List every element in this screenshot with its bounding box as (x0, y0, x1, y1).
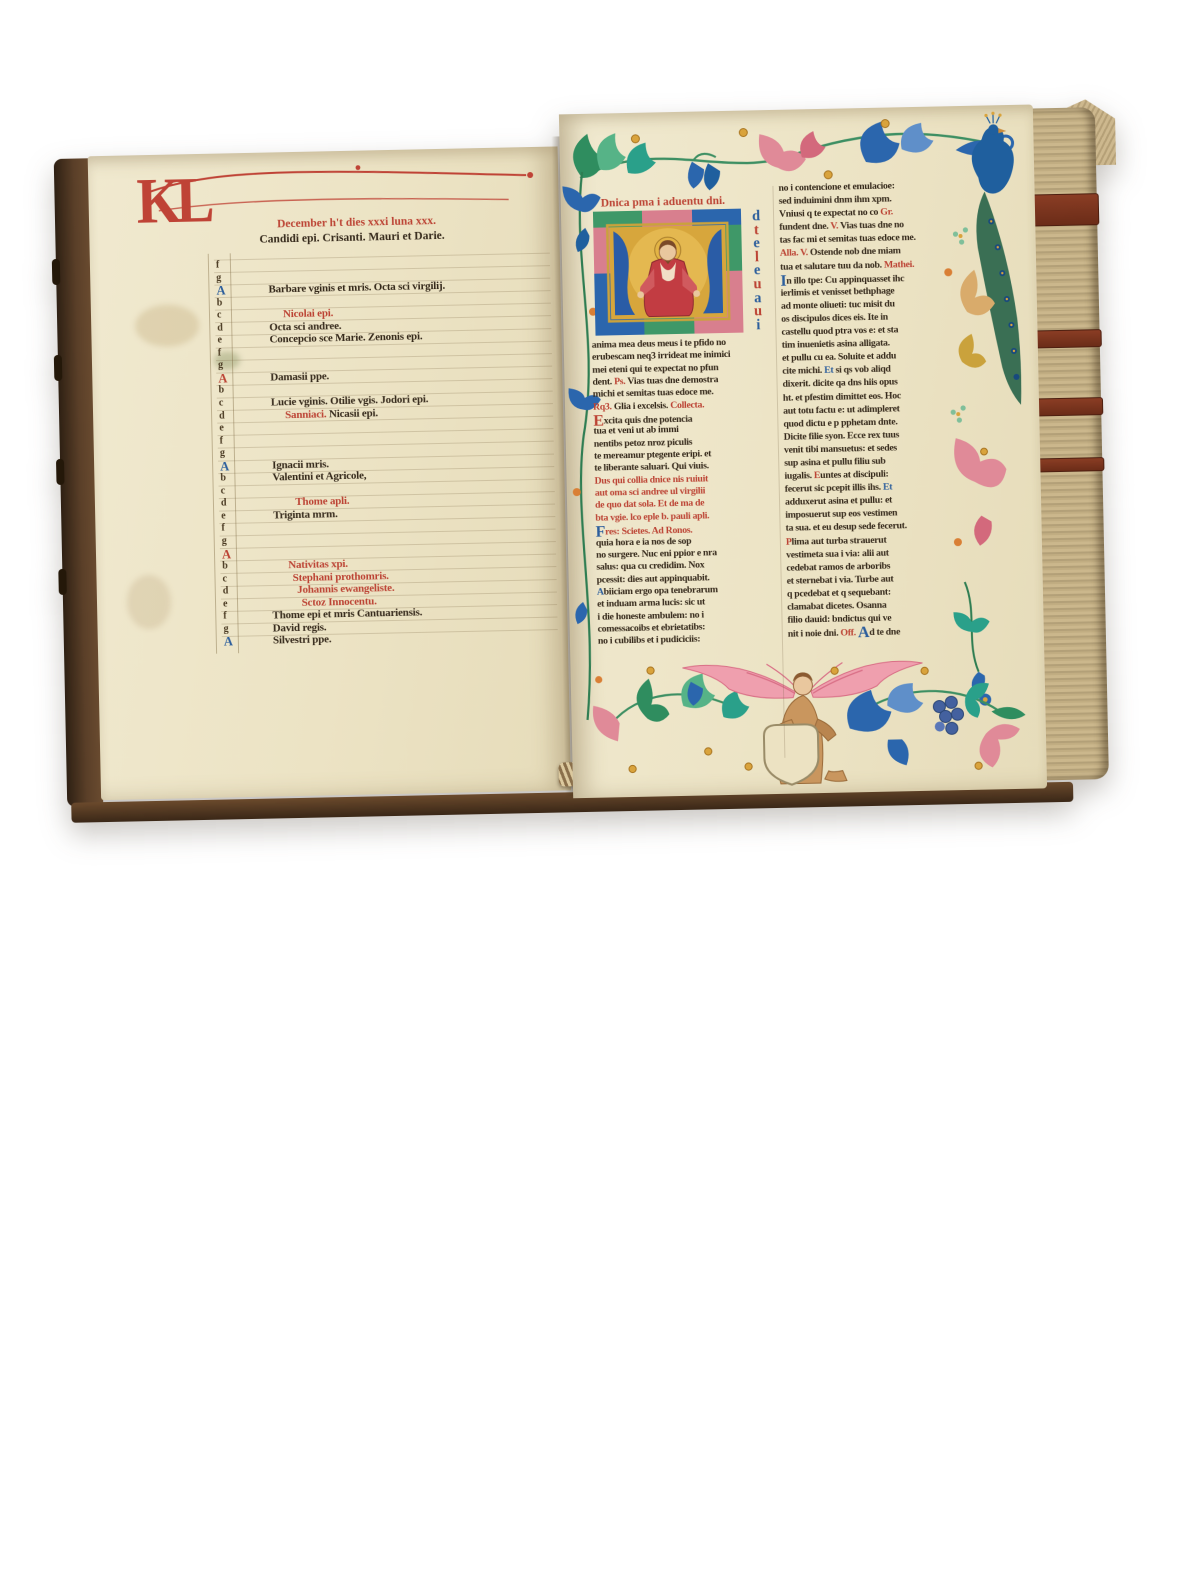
feast-entry: Thome apli. (295, 495, 349, 509)
dominical-letter: f (220, 435, 224, 448)
kl-monogram: KL (136, 162, 209, 239)
display-letter: i (749, 319, 767, 333)
adtelevavi-letters: dteleuaui (747, 210, 768, 333)
binding-clasp (58, 569, 67, 595)
feast-entry: David regis. (273, 621, 327, 635)
fore-edge-tab (1034, 329, 1102, 348)
dominical-letter: g (220, 448, 225, 461)
binding-clasp (54, 355, 63, 381)
angel-shield-icon (682, 661, 924, 787)
binding-clasp (52, 259, 61, 285)
photo-canvas: KL December h't dies xxxi luna xxx. Cand… (0, 0, 1196, 1595)
feast-entry: Ignacii mris. (272, 458, 329, 472)
dominical-letter: e (223, 598, 228, 611)
dominical-letter: c (222, 573, 227, 586)
dominical-letter: A (222, 548, 231, 561)
bottom-border-angel-icon (586, 641, 1035, 796)
binding-clasp (56, 459, 65, 485)
calendar-heading-red: December h't dies xxxi luna xxx. (277, 215, 436, 230)
christ-miniature-icon (593, 209, 744, 336)
advent-rubric: Dnica pma i aduentu dni. (601, 195, 726, 210)
text-column-right: no i contencione et emulacioe:sed induim… (778, 178, 988, 640)
manuscript-book: KL December h't dies xxxi luna xxx. Cand… (51, 85, 1114, 823)
missal-text-page: Dnica pma i aduentu dni. (559, 104, 1047, 798)
dominical-letter: b (222, 561, 228, 574)
parchment-stain (135, 304, 200, 347)
dominical-letter: d (219, 410, 225, 423)
dominical-letter: A (220, 460, 229, 473)
fore-edge-tab (1031, 193, 1100, 226)
dominical-letter: A (224, 636, 233, 649)
feast-entry: Nicolai epi. (283, 307, 333, 321)
dominical-letter: g (222, 535, 227, 548)
dominical-letter: e (219, 423, 224, 436)
fore-edge-tab (1035, 397, 1103, 416)
fore-edge-tab (1036, 457, 1104, 472)
dominical-letter: c (221, 485, 226, 498)
text-column-left: anima mea deus meus i te pfido noerubesc… (592, 336, 784, 648)
calendar-heading-black: Candidi epi. Crisanti. Mauri et Darie. (259, 230, 444, 246)
dominical-letter: c (219, 398, 224, 411)
dominical-letter: b (220, 473, 226, 486)
dominical-letter: A (218, 372, 227, 385)
dominical-letter: f (223, 611, 227, 624)
dominical-letter: e (217, 335, 222, 348)
dominical-letter: f (221, 523, 225, 536)
dominical-letter: f (216, 260, 220, 273)
dominical-letter: A (216, 285, 225, 298)
dominical-letter: c (217, 310, 222, 323)
parchment-stain (126, 575, 171, 630)
feast-entry: Nativitas xpi. (288, 558, 348, 572)
dominical-letter: e (221, 510, 226, 523)
dominical-letter: b (217, 297, 223, 310)
calendar-grid: fgABarbare vginis et mris. Octa sci virg… (214, 253, 558, 649)
feast-entry: Damasii ppe. (270, 370, 329, 384)
feast-entry: Silvestri ppe. (273, 634, 332, 648)
grape-cluster-icon (933, 696, 964, 735)
calendar-page: KL December h't dies xxxi luna xxx. Cand… (88, 146, 571, 800)
dominical-letter: d (223, 586, 229, 599)
dominical-letter: b (218, 385, 224, 398)
dominical-letter: d (221, 498, 227, 511)
dominical-letter: d (217, 322, 223, 335)
dominical-letter: f (218, 347, 222, 360)
